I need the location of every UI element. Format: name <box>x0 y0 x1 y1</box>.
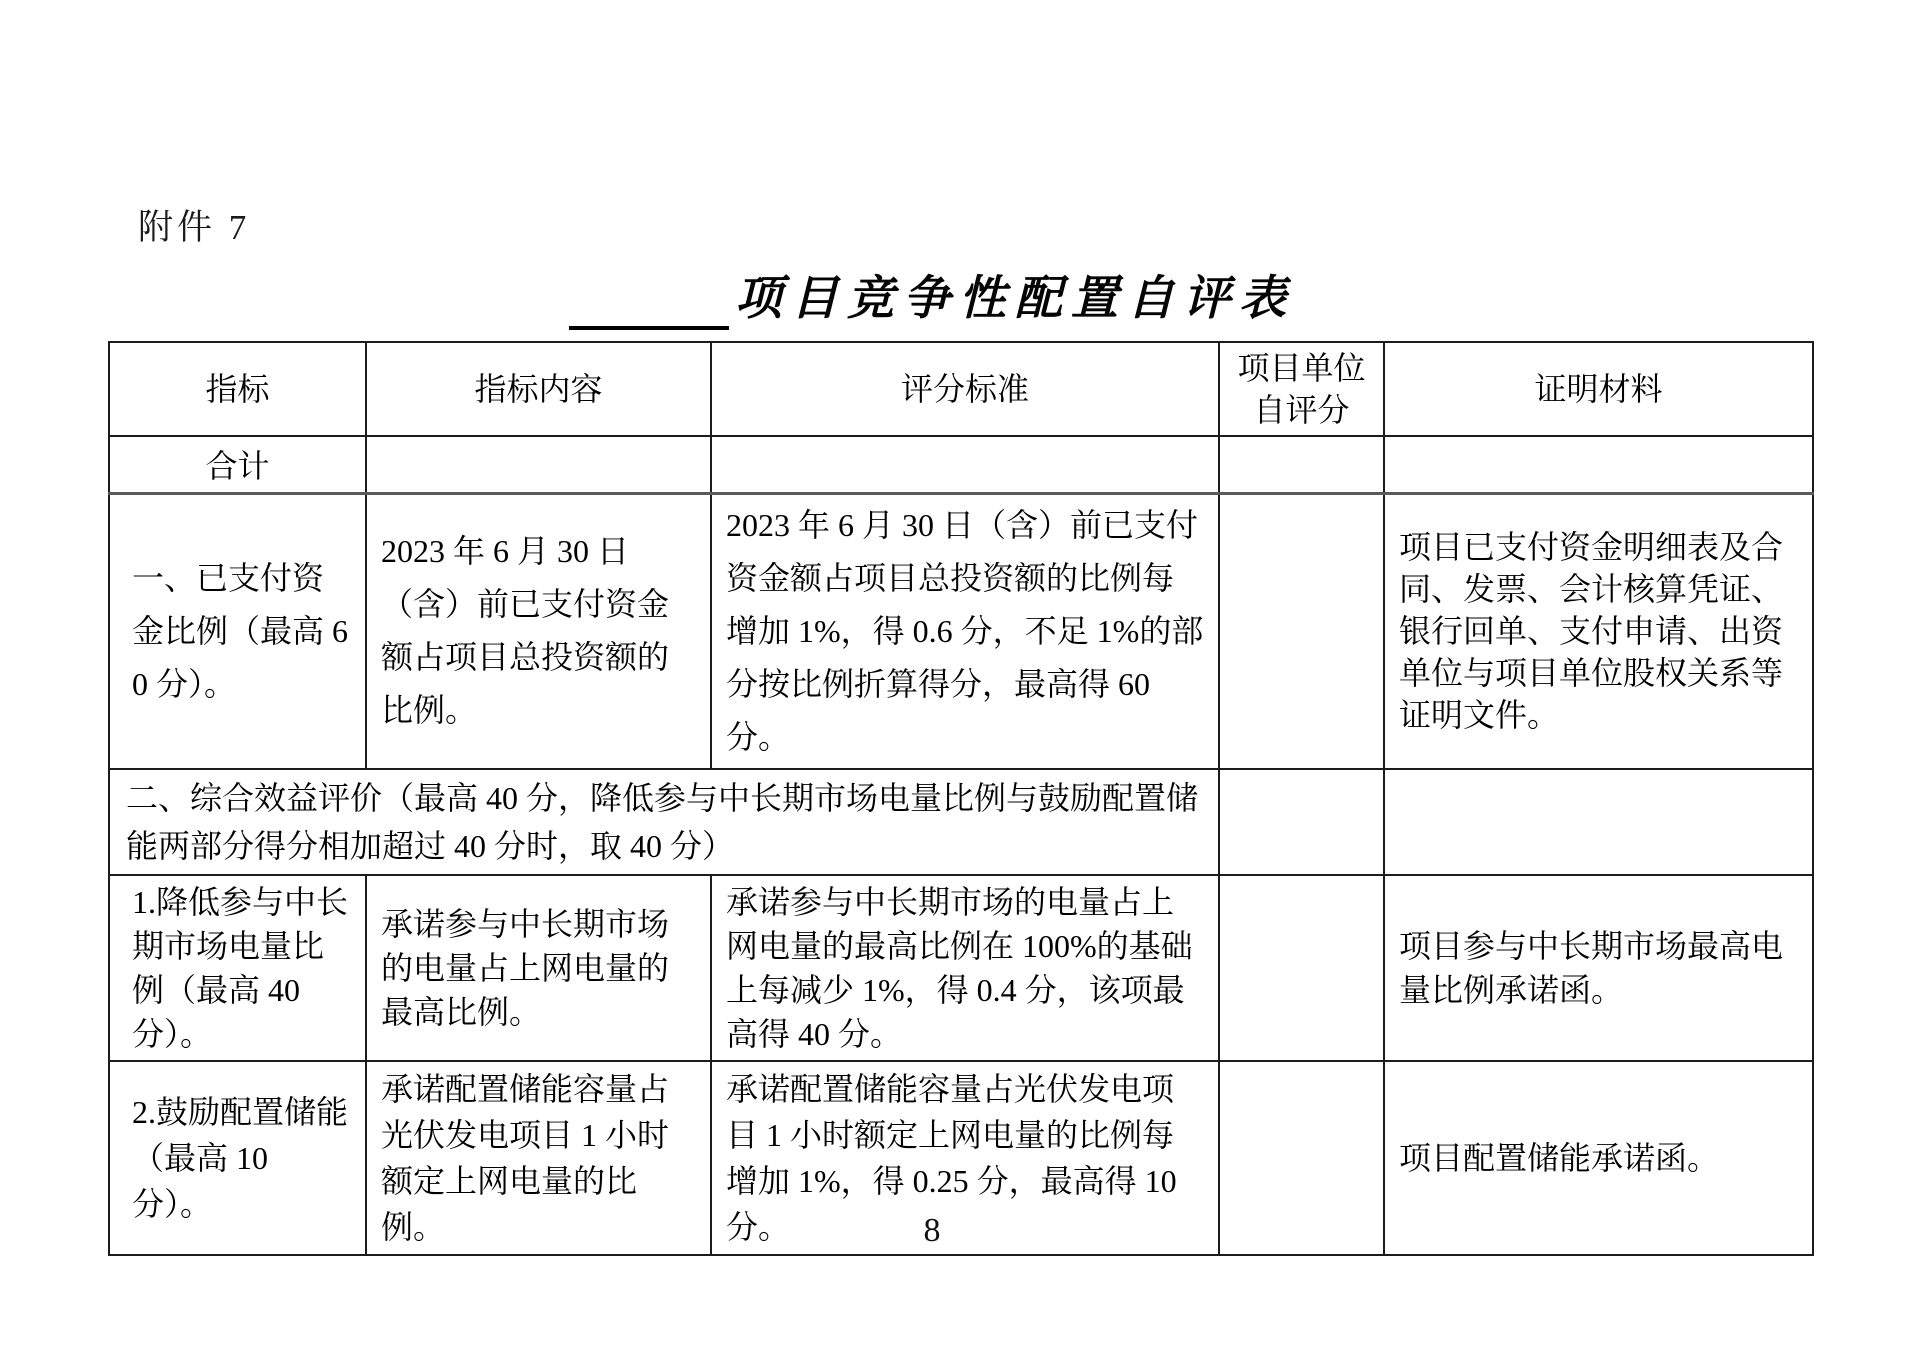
cell-market-content: 承诺参与中长期市场的电量占上网电量的最高比例。 <box>366 875 711 1061</box>
cell-paid-self-score <box>1219 493 1384 769</box>
document-title: 项目竞争性配置自评表 <box>735 268 1295 330</box>
page-number: 8 <box>0 1212 1864 1250</box>
cell-benefit-section-label: 二、综合效益评价（最高 40 分，降低参与中长期市场电量比例与鼓励配置储能两部分… <box>109 769 1219 875</box>
table-row-market-ratio: 1.降低参与中长期市场电量比例（最高 40 分）。 承诺参与中长期市场的电量占上… <box>109 875 1813 1061</box>
attachment-label: 附件 7 <box>138 200 250 250</box>
cell-paid-content: 2023 年 6 月 30 日（含）前已支付资金额占项目总投资额的比例。 <box>366 493 711 769</box>
table-header-row: 指标 指标内容 评分标准 项目单位自评分 证明材料 <box>109 342 1813 436</box>
header-content: 指标内容 <box>366 342 711 436</box>
table-row-paid-capital: 一、已支付资金比例（最高 60 分）。 2023 年 6 月 30 日（含）前已… <box>109 493 1813 769</box>
cell-benefit-self-score <box>1219 769 1384 875</box>
header-self-score: 项目单位自评分 <box>1219 342 1384 436</box>
cell-total-criteria <box>711 436 1219 493</box>
cell-market-indicator: 1.降低参与中长期市场电量比例（最高 40 分）。 <box>109 875 366 1061</box>
header-criteria: 评分标准 <box>711 342 1219 436</box>
header-evidence: 证明材料 <box>1384 342 1813 436</box>
cell-total-self-score <box>1219 436 1384 493</box>
cell-total-content <box>366 436 711 493</box>
cell-total-indicator: 合计 <box>109 436 366 493</box>
cell-market-evidence: 项目参与中长期市场最高电量比例承诺函。 <box>1384 875 1813 1061</box>
table-row-benefit-section: 二、综合效益评价（最高 40 分，降低参与中长期市场电量比例与鼓励配置储能两部分… <box>109 769 1813 875</box>
cell-market-self-score <box>1219 875 1384 1061</box>
self-evaluation-table: 指标 指标内容 评分标准 项目单位自评分 证明材料 合计 一、已支付资金比例（最… <box>108 341 1814 1256</box>
document-page: { "page": { "attachment_label": "附件 7", … <box>0 0 1920 1357</box>
cell-total-evidence <box>1384 436 1813 493</box>
cell-paid-criteria: 2023 年 6 月 30 日（含）前已支付资金额占项目总投资额的比例每增加 1… <box>711 493 1219 769</box>
cell-market-criteria: 承诺参与中长期市场的电量占上网电量的最高比例在 100%的基础上每减少 1%，得… <box>711 875 1219 1061</box>
cell-paid-evidence: 项目已支付资金明细表及合同、发票、会计核算凭证、银行回单、支付申请、出资单位与项… <box>1384 493 1813 769</box>
title-blank-underline <box>569 272 729 330</box>
header-indicator: 指标 <box>109 342 366 436</box>
cell-benefit-evidence <box>1384 769 1813 875</box>
document-title-row: 项目竞争性配置自评表 <box>0 258 1892 330</box>
cell-paid-indicator: 一、已支付资金比例（最高 60 分）。 <box>109 493 366 769</box>
table-row-total: 合计 <box>109 436 1813 493</box>
